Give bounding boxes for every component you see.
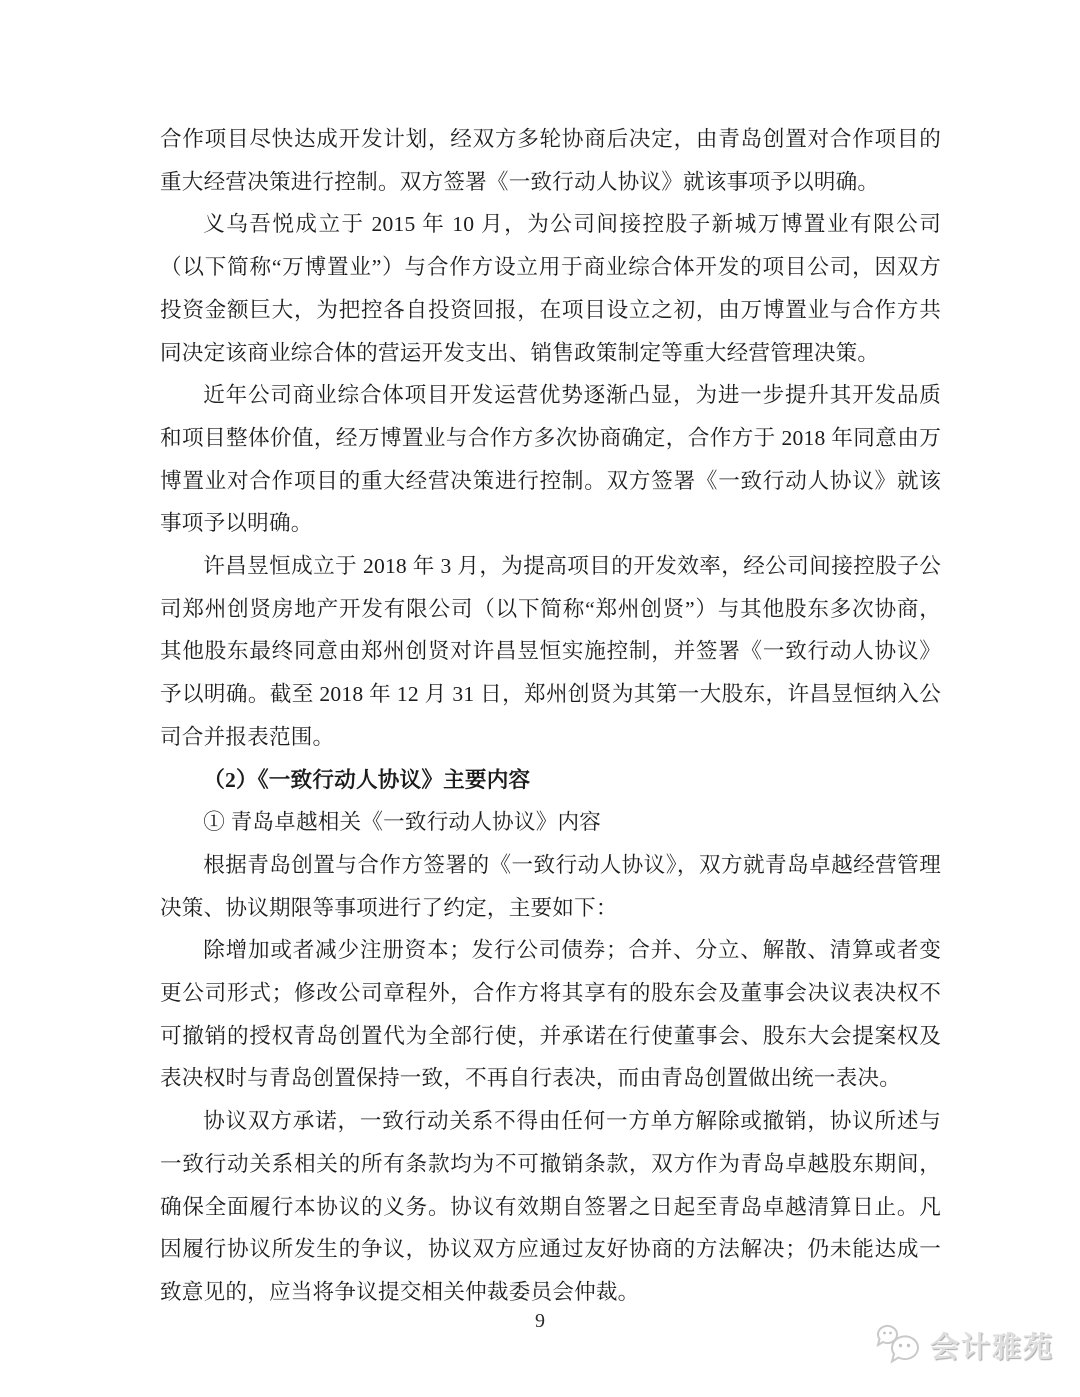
body-paragraph: 近年公司商业综合体项目开发运营优势逐渐凸显，为进一步提升其开发品质和项目整体价值…: [160, 374, 941, 545]
body-paragraph: 义乌吾悦成立于 2015 年 10 月，为公司间接控股子新城万博置业有限公司（以…: [160, 203, 941, 374]
document-page: 合作项目尽快达成开发计划，经双方多轮协商后决定，由青岛创置对合作项目的重大经营决…: [0, 0, 1080, 1397]
body-paragraph: 除增加或者减少注册资本；发行公司债券；合并、分立、解散、清算或者变更公司形式；修…: [160, 929, 941, 1100]
body-paragraph: 许昌昱恒成立于 2018 年 3 月，为提高项目的开发效率，经公司间接控股子公司…: [160, 545, 941, 759]
body-paragraph: 协议双方承诺，一致行动关系不得由任何一方单方解除或撤销，协议所述与一致行动关系相…: [160, 1100, 941, 1314]
body-paragraph: 合作项目尽快达成开发计划，经双方多轮协商后决定，由青岛创置对合作项目的重大经营决…: [160, 118, 941, 203]
watermark-text: 会计雅苑: [930, 1325, 1054, 1366]
section-heading: （2）《一致行动人协议》主要内容: [160, 759, 941, 802]
watermark: 会计雅苑: [875, 1324, 1054, 1366]
document-body: 合作项目尽快达成开发计划，经双方多轮协商后决定，由青岛创置对合作项目的重大经营决…: [160, 118, 941, 1314]
wechat-icon: [875, 1324, 923, 1366]
body-paragraph: 根据青岛创置与合作方签署的《一致行动人协议》，双方就青岛卓越经营管理决策、协议期…: [160, 844, 941, 929]
list-item-circled-1: ① 青岛卓越相关《一致行动人协议》内容: [160, 801, 941, 844]
